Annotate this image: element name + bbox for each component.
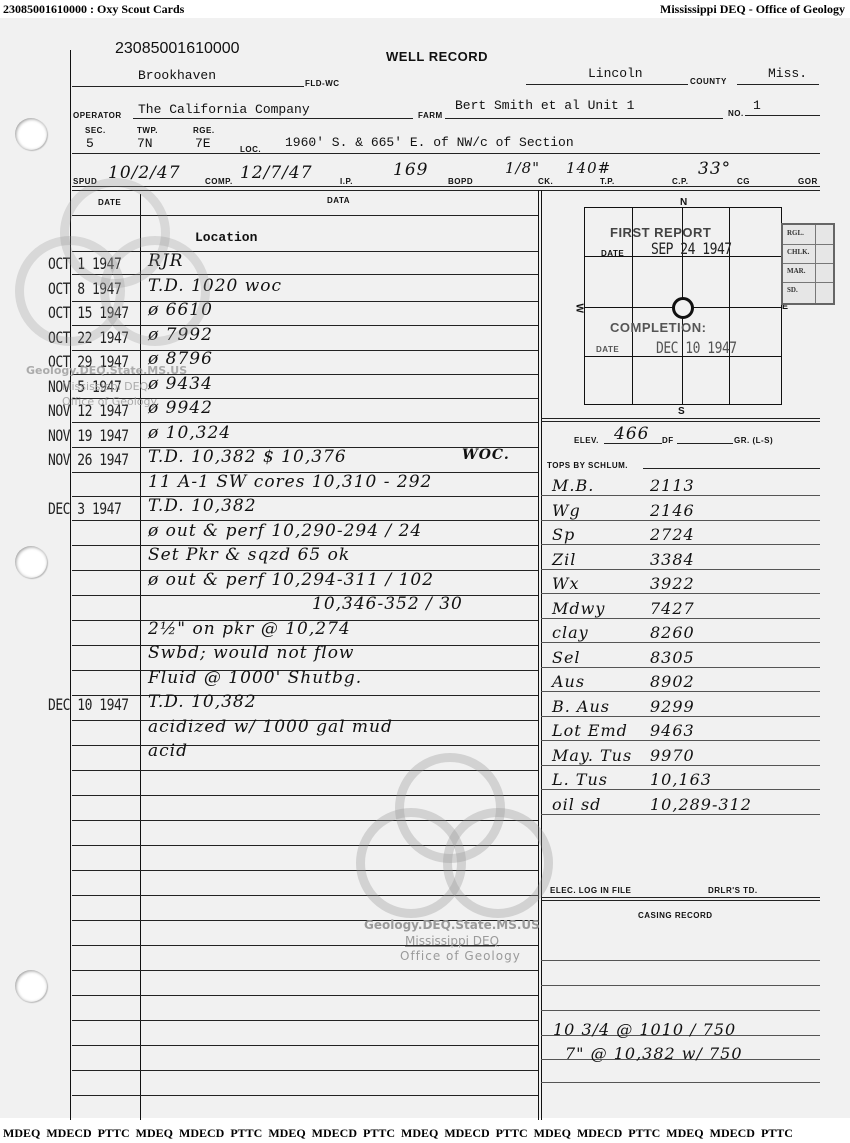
formation-name: Mdwy bbox=[552, 599, 605, 618]
cp-value: 33° bbox=[698, 159, 731, 179]
ruled-line bbox=[72, 496, 538, 497]
log-date-stamp: NOV 26 1947 bbox=[48, 451, 129, 470]
farm-underline bbox=[445, 118, 723, 119]
formation-name: clay bbox=[552, 623, 589, 642]
plat-divider-double bbox=[541, 421, 820, 422]
formation-depth: 9299 bbox=[650, 697, 695, 716]
ruled-line bbox=[72, 1020, 538, 1021]
tops-ruled-line bbox=[541, 789, 820, 790]
log-entry: Fluid @ 1000' Shutbg. bbox=[148, 668, 362, 688]
plat-divider bbox=[541, 418, 820, 419]
log-entry: 2½" on pkr @ 10,274 bbox=[148, 619, 351, 639]
loc-underline bbox=[72, 153, 820, 154]
log-entry: acid bbox=[148, 741, 188, 761]
elec-log-divider bbox=[541, 897, 820, 898]
first-report-label: FIRST REPORT bbox=[610, 225, 711, 240]
formation-depth: 9463 bbox=[650, 721, 695, 740]
completion-label: COMPLETION: bbox=[610, 320, 707, 335]
ruled-line bbox=[72, 995, 538, 996]
check-box-row-label: CHLK. bbox=[787, 248, 809, 256]
log-entry: ø out & perf 10,290-294 / 24 bbox=[148, 521, 422, 541]
formation-depth: 2113 bbox=[650, 476, 695, 495]
form-title: WELL RECORD bbox=[386, 49, 488, 64]
log-entry: 11 A-1 SW cores 10,310 - 292 bbox=[148, 472, 432, 492]
df-underline bbox=[677, 443, 733, 444]
cp-label: C.P. bbox=[672, 177, 689, 186]
tops-ruled-line bbox=[541, 495, 820, 496]
check-stamp-box: RGL.CHLK.MAR.SD. bbox=[781, 223, 835, 305]
field-value: Brookhaven bbox=[138, 68, 216, 83]
log-entry: 10,346-352 / 30 bbox=[312, 594, 463, 614]
log-date-stamp: DEC 10 1947 bbox=[48, 696, 129, 715]
tp-label: T.P. bbox=[600, 177, 615, 186]
binder-hole-icon bbox=[15, 546, 47, 578]
casing-row-2: 7" @ 10,382 w/ 750 bbox=[565, 1044, 743, 1063]
watermark-office: Office of Geology bbox=[62, 395, 157, 408]
county-label: COUNTY bbox=[690, 77, 727, 86]
completion-date-label: DATE bbox=[596, 345, 619, 354]
casing-row-1: 10 3/4 @ 1010 / 750 bbox=[553, 1020, 736, 1039]
rge-value: 7E bbox=[195, 136, 211, 151]
log-date-stamp: DEC 3 1947 bbox=[48, 500, 121, 519]
tops-ruled-line bbox=[541, 667, 820, 668]
operator-underline bbox=[133, 118, 413, 119]
state-underline bbox=[737, 84, 819, 85]
binder-hole-icon bbox=[15, 118, 47, 150]
first-report-date-label: DATE bbox=[601, 249, 624, 258]
formation-name: M.B. bbox=[552, 476, 594, 495]
twp-label: TWP. bbox=[137, 126, 158, 135]
formation-depth: 10,289-312 bbox=[650, 795, 752, 814]
sec-value: 5 bbox=[86, 136, 94, 151]
well-no-value: 1 bbox=[753, 98, 761, 113]
farm-value: Bert Smith et al Unit 1 bbox=[455, 98, 634, 113]
county-value: Lincoln bbox=[588, 66, 643, 81]
log-date-stamp: NOV 19 1947 bbox=[48, 427, 129, 446]
formation-depth: 7427 bbox=[650, 599, 695, 618]
log-entry: ø out & perf 10,294-311 / 102 bbox=[148, 570, 434, 590]
document-id-title: 23085001610000 : Oxy Scout Cards bbox=[3, 2, 184, 17]
page-footer: MDEQ MDECD PTTC MDEQ MDECD PTTC MDEQ MDE… bbox=[0, 1126, 850, 1143]
ruled-line bbox=[72, 1095, 538, 1096]
binder-hole-icon bbox=[15, 970, 47, 1002]
well-record-card: 23085001610000 WELL RECORD Brookhaven FL… bbox=[0, 18, 850, 1118]
first-report-date-stamp: SEP 24 1947 bbox=[651, 240, 732, 259]
gr-label: GR. (L-S) bbox=[734, 436, 773, 445]
formation-depth: 9970 bbox=[650, 746, 695, 765]
operator-value: The California Company bbox=[138, 102, 310, 117]
location-heading: Location bbox=[195, 230, 257, 245]
page-header: 23085001610000 : Oxy Scout Cards Mississ… bbox=[0, 0, 850, 18]
log-entry: acidized w/ 1000 gal mud bbox=[148, 717, 393, 737]
log-entry: Set Pkr & sqzd 65 ok bbox=[148, 545, 350, 565]
comp-value: 12/7/47 bbox=[240, 163, 313, 183]
watermark-office-2: Office of Geology bbox=[400, 949, 521, 963]
api-number: 23085001610000 bbox=[115, 40, 240, 58]
rge-label: RGE. bbox=[193, 126, 215, 135]
spud-underline bbox=[72, 186, 820, 187]
watermark-url-2: Geology.DEQ.State.MS.US bbox=[364, 918, 540, 932]
choke-value: 1/8" bbox=[505, 159, 540, 177]
formation-depth: 8305 bbox=[650, 648, 695, 667]
df-label: DF bbox=[662, 436, 674, 445]
tops-ruled-line bbox=[541, 642, 820, 643]
tops-ruled-line bbox=[541, 520, 820, 521]
log-entry-note: WOC. bbox=[462, 447, 510, 463]
log-entry: T.D. 10,382 bbox=[148, 496, 257, 516]
plat-west-label: W bbox=[573, 304, 584, 314]
formation-depth: 10,163 bbox=[650, 770, 712, 789]
drlr-td-label: DRLR'S TD. bbox=[708, 886, 758, 895]
tops-ruled-line bbox=[541, 618, 820, 619]
well-location-icon bbox=[672, 297, 694, 319]
elev-label: ELEV. bbox=[574, 436, 599, 445]
elec-log-divider-double bbox=[541, 900, 820, 901]
ruled-line bbox=[72, 745, 538, 746]
well-no-label: NO. bbox=[728, 109, 744, 118]
check-box-row-label: MAR. bbox=[787, 267, 805, 275]
field-label: FLD-WC bbox=[305, 79, 340, 88]
twp-value: 7N bbox=[137, 136, 153, 151]
plat-south-label: S bbox=[678, 406, 685, 417]
ruled-line bbox=[72, 422, 538, 423]
data-column-header: DATA bbox=[327, 196, 350, 205]
farm-label: FARM bbox=[418, 111, 443, 120]
formation-name: Sp bbox=[552, 525, 575, 544]
log-entry: T.D. 10,382 bbox=[148, 692, 257, 712]
formation-name: Wg bbox=[552, 501, 581, 520]
ip-value: 169 bbox=[393, 160, 428, 180]
watermark-url: Geology.DEQ.State.MS.US bbox=[26, 364, 187, 377]
ruled-line bbox=[72, 350, 538, 351]
formation-depth: 3384 bbox=[650, 550, 695, 569]
formation-depth: 2146 bbox=[650, 501, 695, 520]
watermark-agency: Mississippi DEQ bbox=[62, 380, 148, 393]
tops-ruled-line bbox=[541, 765, 820, 766]
formation-depth: 8260 bbox=[650, 623, 695, 642]
tops-ruled-line bbox=[541, 814, 820, 815]
log-entry: ø 10,324 bbox=[148, 423, 231, 443]
tops-ruled-line bbox=[541, 691, 820, 692]
formation-depth: 2724 bbox=[650, 525, 695, 544]
state-value: Miss. bbox=[768, 66, 807, 81]
check-box-row-label: SD. bbox=[787, 286, 798, 294]
formation-depth: 8902 bbox=[650, 672, 695, 691]
tops-label: TOPS BY SCHLUM. bbox=[547, 461, 628, 470]
data-column-right-border bbox=[538, 190, 539, 1120]
log-entry: T.D. 10,382 $ 10,376 bbox=[148, 447, 347, 467]
watermark-agency-2: Mississippi DEQ bbox=[405, 934, 499, 948]
tops-ruled-line bbox=[541, 593, 820, 594]
formation-name: May. Tus bbox=[552, 746, 632, 765]
tops-underline bbox=[643, 468, 820, 469]
ruled-line bbox=[72, 695, 538, 696]
check-box-row-label: RGL. bbox=[787, 229, 804, 237]
header-divider bbox=[72, 190, 820, 191]
formation-name: Wx bbox=[552, 574, 579, 593]
formation-depth: 3922 bbox=[650, 574, 695, 593]
ruled-line bbox=[72, 970, 538, 971]
completion-date-stamp: DEC 10 1947 bbox=[656, 339, 737, 358]
ruled-line bbox=[72, 1070, 538, 1071]
log-entry: ø 9942 bbox=[148, 398, 213, 418]
casing-record-label: CASING RECORD bbox=[638, 911, 713, 920]
formation-name: Sel bbox=[552, 648, 581, 667]
formation-name: oil sd bbox=[552, 795, 601, 814]
agency-title: Mississippi DEQ - Office of Geology bbox=[660, 2, 845, 17]
formation-name: Lot Emd bbox=[552, 721, 628, 740]
ruled-line bbox=[72, 595, 538, 596]
well-no-underline bbox=[745, 115, 820, 116]
tops-ruled-line bbox=[541, 544, 820, 545]
tops-ruled-line bbox=[541, 740, 820, 741]
bopd-label: BOPD bbox=[448, 177, 473, 186]
operator-label: OPERATOR bbox=[73, 111, 122, 120]
elec-log-label: ELEC. LOG IN FILE bbox=[550, 886, 631, 895]
sec-label: SEC. bbox=[85, 126, 106, 135]
tubing-pressure-value: 140# bbox=[566, 159, 611, 177]
log-entry: Swbd; would not flow bbox=[148, 643, 355, 663]
ip-label: I.P. bbox=[340, 177, 353, 186]
county-underline bbox=[526, 84, 688, 85]
data-column-right-border-double bbox=[541, 190, 542, 1120]
ruled-line bbox=[72, 1045, 538, 1046]
formation-name: Aus bbox=[552, 672, 585, 691]
tops-ruled-line bbox=[541, 569, 820, 570]
tops-ruled-line bbox=[541, 716, 820, 717]
ck-label: CK. bbox=[538, 177, 553, 186]
comp-label: COMP. bbox=[205, 177, 233, 186]
loc-value: 1960' S. & 665' E. of NW/c of Section bbox=[285, 135, 574, 150]
gor-label: GOR bbox=[798, 177, 818, 186]
field-underline bbox=[72, 86, 304, 87]
cg-label: CG bbox=[737, 177, 750, 186]
formation-name: L. Tus bbox=[552, 770, 608, 789]
elev-value: 466 bbox=[614, 424, 649, 444]
formation-name: B. Aus bbox=[552, 697, 610, 716]
formation-name: Zil bbox=[552, 550, 576, 569]
